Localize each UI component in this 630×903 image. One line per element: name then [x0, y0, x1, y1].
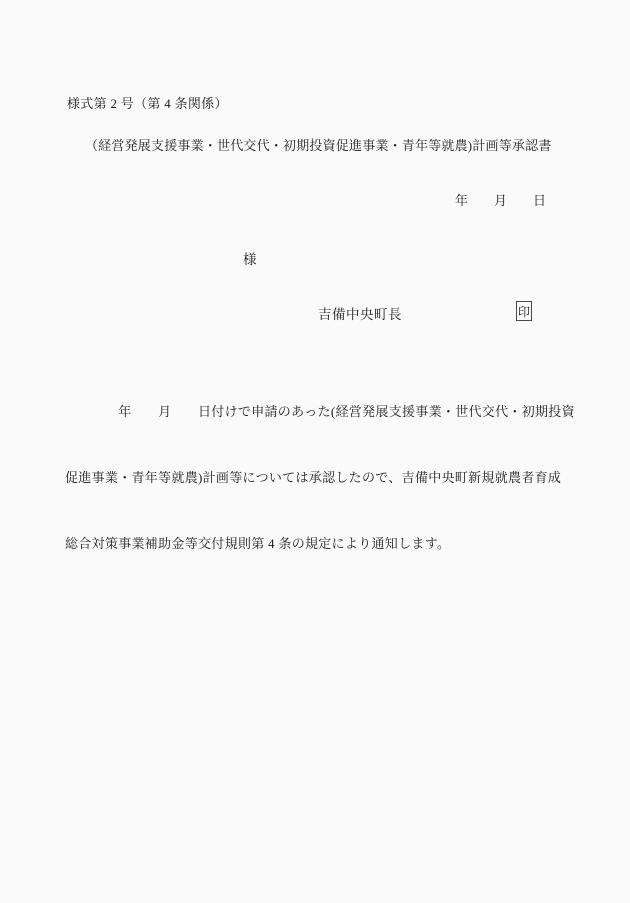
document-page: 様式第 2 号（第 4 条関係） （経営発展支援事業・世代交代・初期投資促進事業… [0, 0, 630, 903]
seal-mark: 印 [518, 303, 530, 320]
form-number: 様式第 2 号（第 4 条関係） [67, 93, 228, 112]
body-paragraph: 年 月 日付けで申請のあった(経営発展支援事業・世代交代・初期投資 促進事業・青… [65, 357, 575, 599]
body-line: 促進事業・青年等就農)計画等については承認したので、吉備中央町新規就農者育成 [65, 467, 575, 489]
date-line: 年 月 日 [455, 190, 546, 209]
addressee-suffix: 様 [243, 248, 257, 268]
signer-title: 吉備中央町長 [318, 303, 402, 323]
body-line: 総合対策事業補助金等交付規則第 4 条の規定により通知します。 [65, 533, 575, 555]
document-title: （経営発展支援事業・世代交代・初期投資促進事業・青年等就農)計画等承認書 [85, 135, 552, 154]
seal-stamp-box: 印 [516, 301, 532, 321]
body-line: 年 月 日付けで申請のあった(経営発展支援事業・世代交代・初期投資 [65, 401, 575, 423]
